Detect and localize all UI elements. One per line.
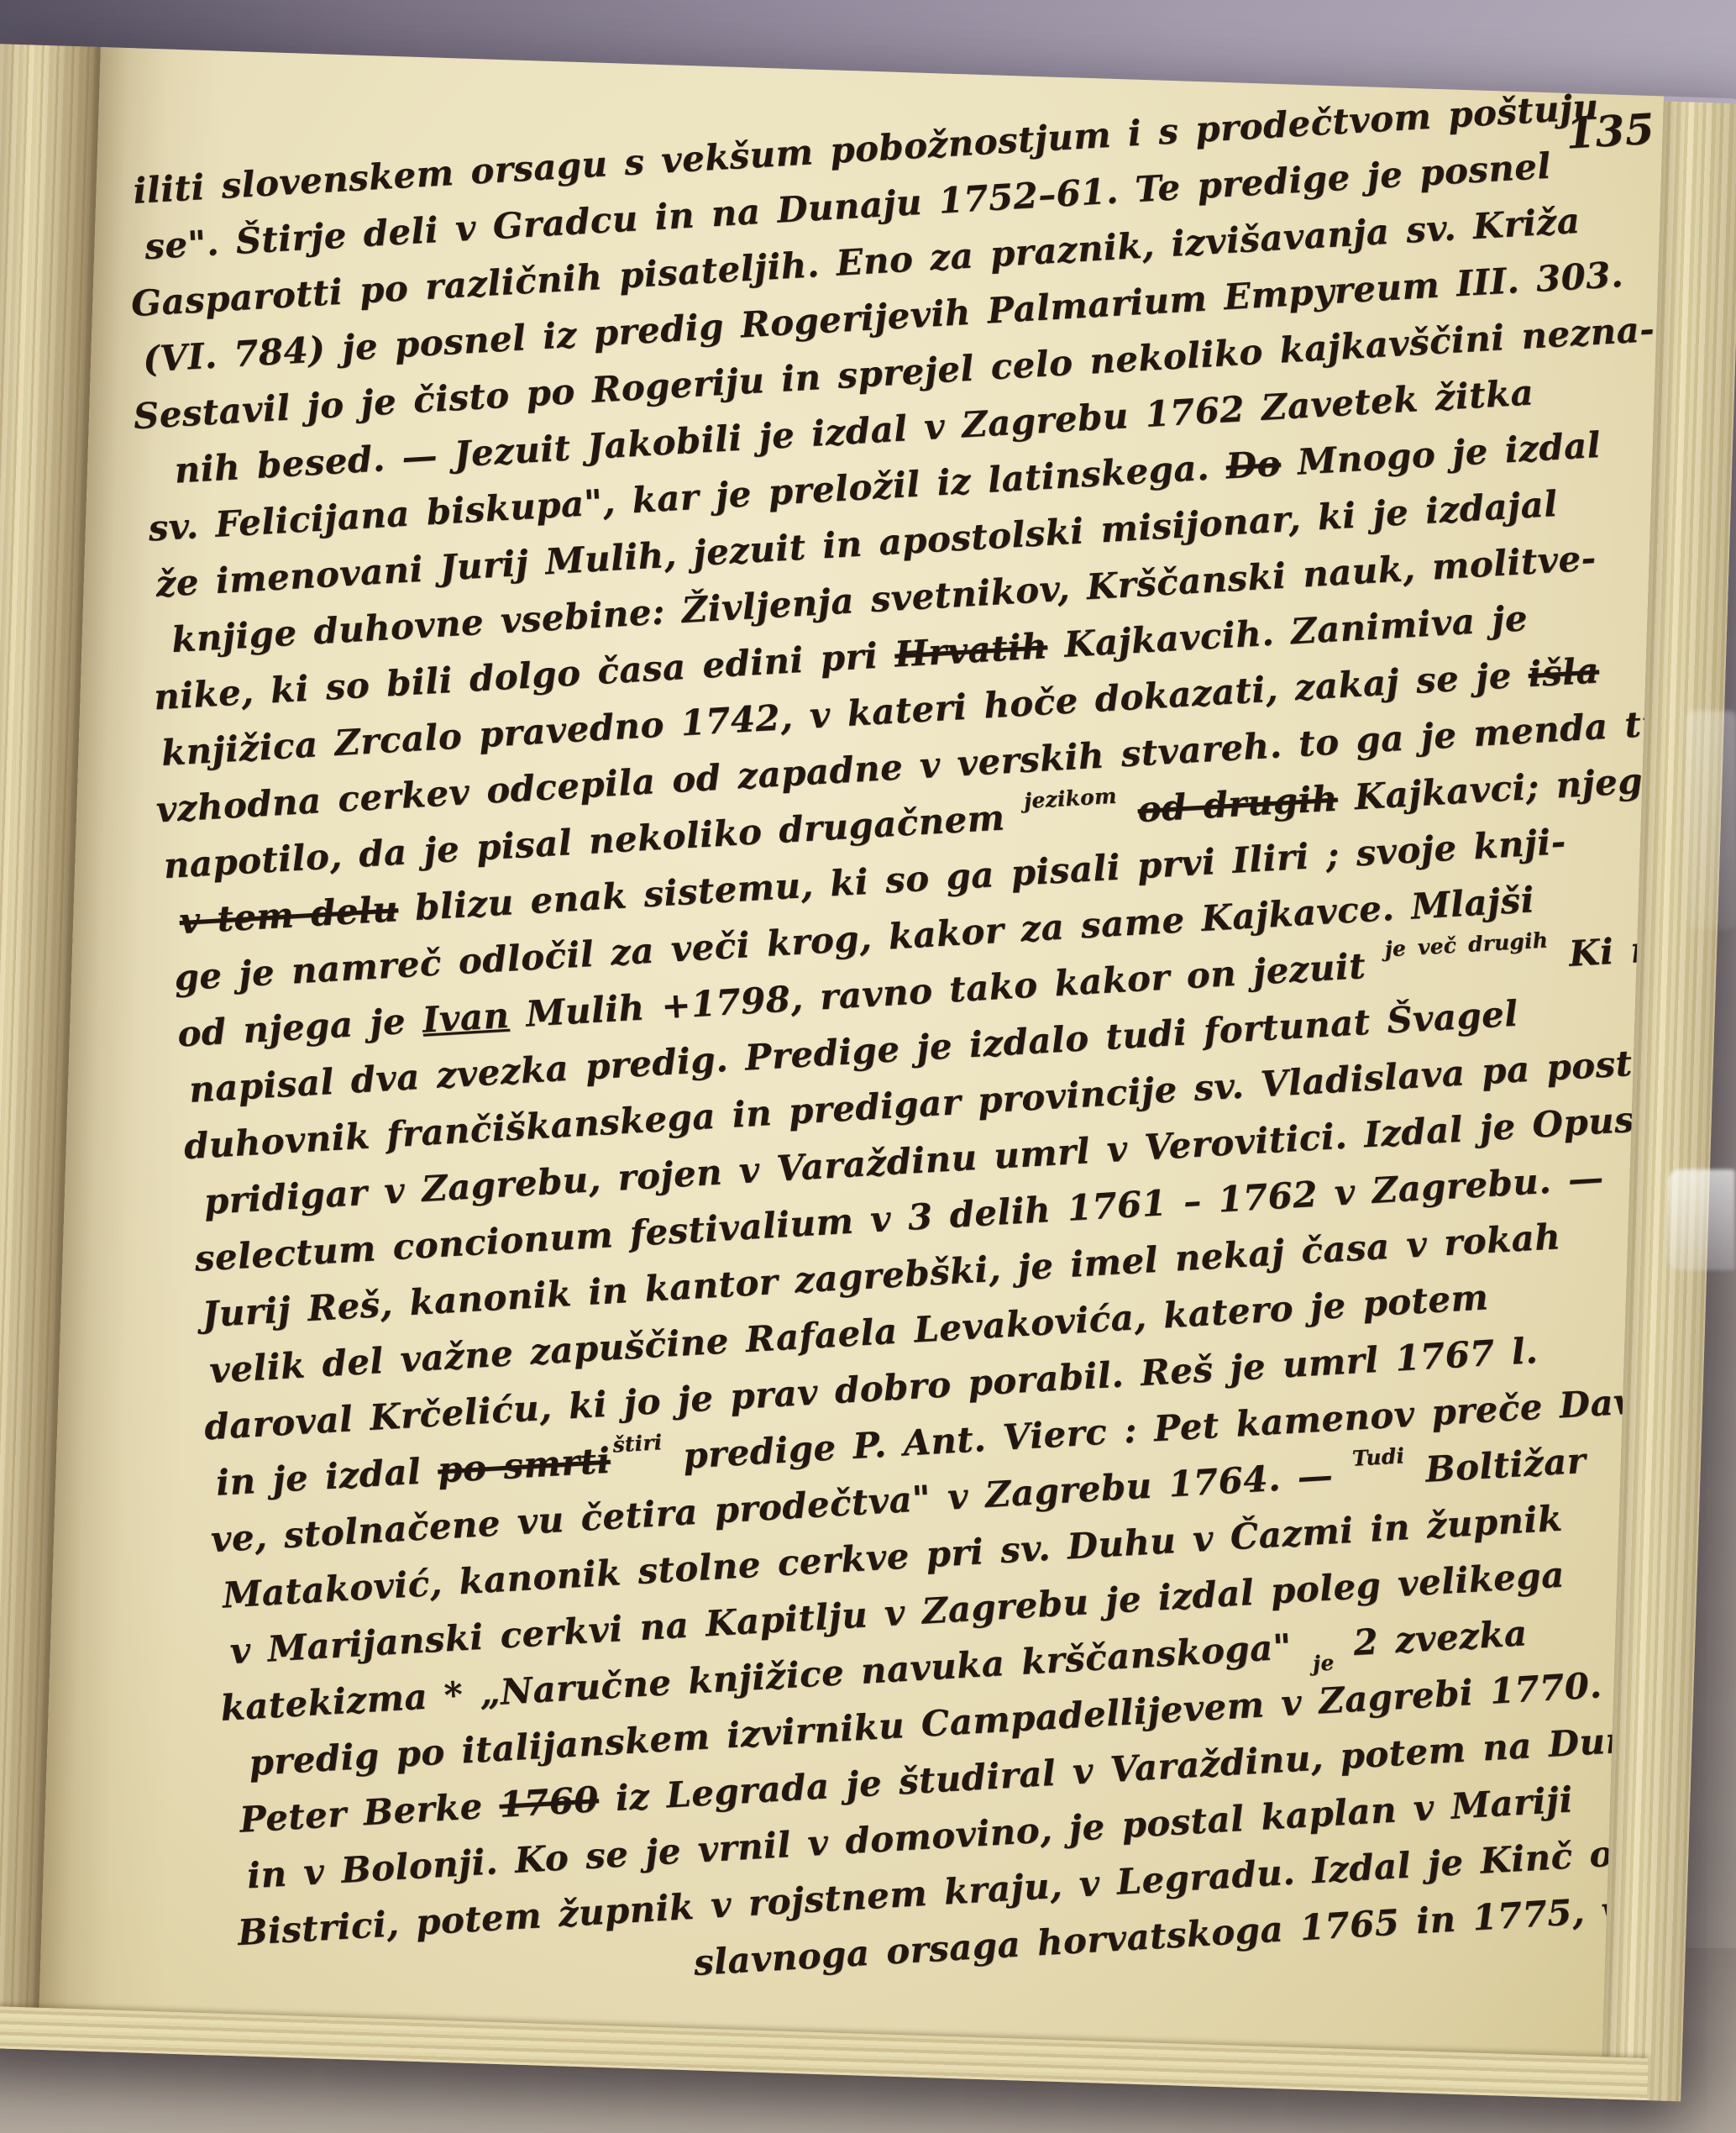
open-book: 135 iliti slovenskem orsagu s vekšum pob… <box>0 44 1736 2101</box>
inserted-word: štiri <box>611 1414 664 1473</box>
inserted-word: je <box>1311 1634 1336 1691</box>
struck-word: od drugih <box>1136 778 1339 831</box>
struck-word: Do <box>1225 443 1282 487</box>
manuscript-text: 135 iliti slovenskem orsagu s vekšum pob… <box>119 71 1664 2018</box>
translucent-page-clip <box>1668 1169 1735 1270</box>
page-edge-highlight <box>1686 711 1736 929</box>
struck-word: 1760 <box>498 1778 600 1826</box>
handwriting-segment: Ivan <box>421 995 510 1041</box>
handwriting-segment: Peter Berke <box>239 1784 501 1841</box>
handwriting-segment: 2 zvezka <box>1335 1612 1529 1664</box>
handwriting-segment: Boltižar <box>1408 1440 1587 1491</box>
photograph-of-manuscript: 135 iliti slovenskem orsagu s vekšum pob… <box>0 0 1736 2133</box>
manuscript-page: 135 iliti slovenskem orsagu s vekšum pob… <box>39 47 1664 2057</box>
struck-word: išla <box>1527 649 1600 695</box>
inserted-word: je več drugih <box>1383 912 1550 977</box>
handwriting-segment: od njega je <box>176 1000 423 1055</box>
inserted-word: Tudi <box>1351 1427 1406 1486</box>
inserted-word: jezikom <box>1022 768 1118 829</box>
handwriting-segment <box>1120 789 1139 831</box>
struck-word: Hrvatih <box>894 625 1049 675</box>
handwriting-segment: in je izdal <box>215 1450 439 1504</box>
page-number: 135 <box>1565 104 1656 159</box>
struck-word: v tem delu <box>178 888 399 942</box>
struck-word: po smrti <box>437 1440 611 1491</box>
